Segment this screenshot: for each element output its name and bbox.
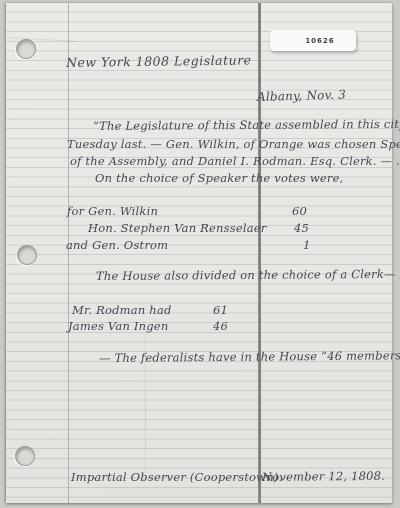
- column-rule: [258, 3, 261, 503]
- catalog-number: 10626: [291, 37, 334, 45]
- body-line: “The Legislature of this State assembled…: [93, 117, 400, 133]
- left-margin-rule: [68, 3, 69, 503]
- speaker-vote-count: 1: [303, 238, 311, 252]
- punch-hole-top: [16, 39, 36, 59]
- document-heading: New York 1808 Legislature: [66, 52, 252, 70]
- citation-source: Impartial Observer (Cooperstown).: [71, 470, 282, 484]
- speaker-vote-name: and Gen. Ostrom: [66, 238, 168, 252]
- clerk-vote-count: 61: [213, 303, 228, 317]
- citation-date: November 12, 1808.: [262, 469, 385, 484]
- ledger-paper: [6, 3, 392, 503]
- clerk-vote-name: James Van Ingen: [68, 319, 168, 333]
- speaker-vote-count: 60: [292, 204, 307, 218]
- speaker-vote-name: for Gen. Wilkin: [67, 204, 158, 218]
- speaker-vote-count: 45: [294, 221, 309, 235]
- scanned-document-page: 10626 New York 1808 Legislature Albany, …: [0, 0, 400, 508]
- punch-hole-middle: [17, 245, 37, 265]
- clerk-section-heading: The House also divided on the choice of …: [96, 267, 396, 283]
- closing-note: — The federalists have in the House “46 …: [99, 348, 400, 365]
- catalog-label: 10626: [270, 30, 356, 51]
- paper-crease: [6, 37, 76, 42]
- clerk-vote-count: 46: [213, 319, 228, 333]
- speaker-vote-name: Hon. Stephen Van Rensselaer: [88, 221, 267, 235]
- body-line: of the Assembly, and Daniel I. Rodman. E…: [70, 154, 400, 168]
- clerk-vote-name: Mr. Rodman had: [72, 303, 172, 317]
- punch-hole-bottom: [15, 446, 35, 466]
- body-line: On the choice of Speaker the votes were,: [95, 171, 344, 185]
- dateline: Albany, Nov. 3: [257, 88, 346, 104]
- body-line: Tuesday last. — Gen. Wilkin, of Orange w…: [67, 137, 400, 151]
